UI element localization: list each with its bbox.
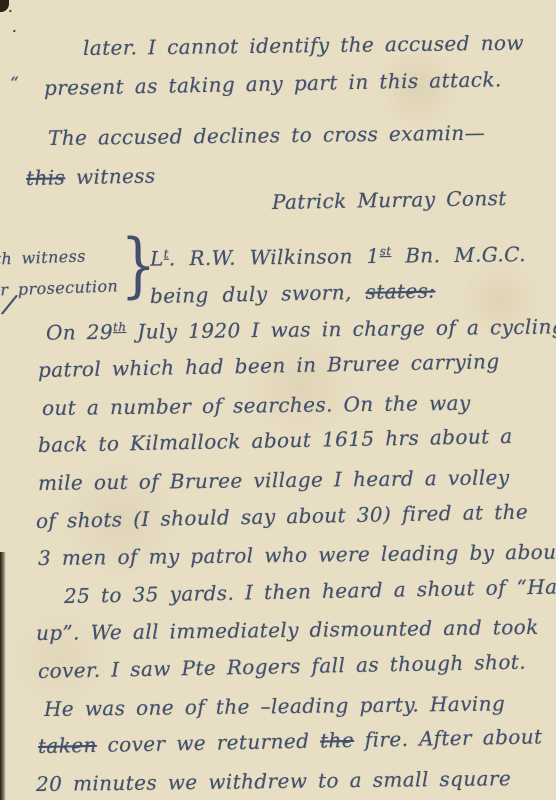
text-segment: 4th witness bbox=[0, 246, 86, 269]
handwritten-line: 20 minutes we withdrew to a small square bbox=[36, 759, 556, 800]
handwritten-line: present as taking any part in this attac… bbox=[44, 59, 525, 108]
text-segment: . R.W. Wilkinson 1 bbox=[169, 244, 380, 271]
text-segment: 3 men of my patrol who were leading by a… bbox=[38, 540, 556, 570]
text-segment: of shots (I should say about 30) fired a… bbox=[36, 499, 529, 532]
text-segment: L bbox=[150, 246, 164, 270]
text-segment: cover. I saw Pte Rogers fall as though s… bbox=[38, 650, 526, 683]
text-segment: present as taking any part in this attac… bbox=[44, 67, 502, 100]
struck-word: this bbox=[26, 165, 66, 190]
struck-word: the bbox=[320, 728, 354, 753]
testimony-body: On 29th July 1920 I was in charge of a c… bbox=[0, 310, 556, 800]
text-segment: Bn. M.G.C. bbox=[391, 242, 526, 268]
text-segment: July 1920 I was in charge of a cycling bbox=[126, 314, 556, 343]
text-segment: mile out of Bruree village I heard a vol… bbox=[38, 465, 510, 495]
text-segment: th bbox=[113, 320, 127, 334]
text-segment: On 29 bbox=[46, 320, 113, 345]
handwritten-line: for prosecution bbox=[0, 270, 119, 306]
witness-name-and-oath: Lt. R.W. Wilkinson 1st Bn. M.G.C.being d… bbox=[150, 236, 526, 315]
text-segment: later. I cannot identify the accused now bbox=[83, 31, 524, 60]
manuscript-page: · · “ / later. I cannot identify the acc… bbox=[0, 0, 556, 800]
struck-word: states: bbox=[365, 278, 435, 303]
text-segment: up”. We all immediately dismounted and t… bbox=[36, 615, 539, 645]
text-segment: He was one of the –leading party. Having bbox=[44, 691, 505, 721]
text-segment: back to Kilmallock about 1615 hrs about … bbox=[38, 424, 513, 457]
margin-note-witness-number: 4th witnessfor prosecution bbox=[0, 244, 118, 306]
text-segment: st bbox=[380, 244, 392, 258]
text-segment: cover we returned bbox=[97, 729, 321, 757]
text-segment: fire. After about bbox=[354, 725, 543, 753]
text-segment: being duly sworn, bbox=[150, 280, 366, 308]
handwritten-line: Lt. R.W. Wilkinson 1st Bn. M.G.C. bbox=[150, 231, 526, 277]
ink-speck: · bbox=[8, 2, 13, 20]
text-segment: witness bbox=[65, 164, 156, 190]
paragraph-cannot-identify: later. I cannot identify the accused now… bbox=[0, 28, 524, 108]
text-segment: The accused declines to cross examin— bbox=[48, 121, 485, 150]
text-segment: patrol which had been in Bruree carrying bbox=[38, 349, 500, 382]
handwritten-line: 4th witness bbox=[0, 239, 119, 275]
text-segment: out a number of searches. On the way bbox=[42, 391, 471, 420]
paragraph-accused-declines: The accused declines to cross examin—thi… bbox=[0, 118, 485, 198]
text-segment: 25 to 35 yards. I then heard a shout of … bbox=[64, 574, 556, 608]
text-segment: for prosecution bbox=[0, 276, 118, 300]
text-segment: 20 minutes we withdrew to a small square bbox=[36, 766, 511, 796]
signature-patrick-murray: Patrick Murray Const bbox=[272, 186, 507, 214]
struck-word: taken bbox=[38, 733, 97, 758]
